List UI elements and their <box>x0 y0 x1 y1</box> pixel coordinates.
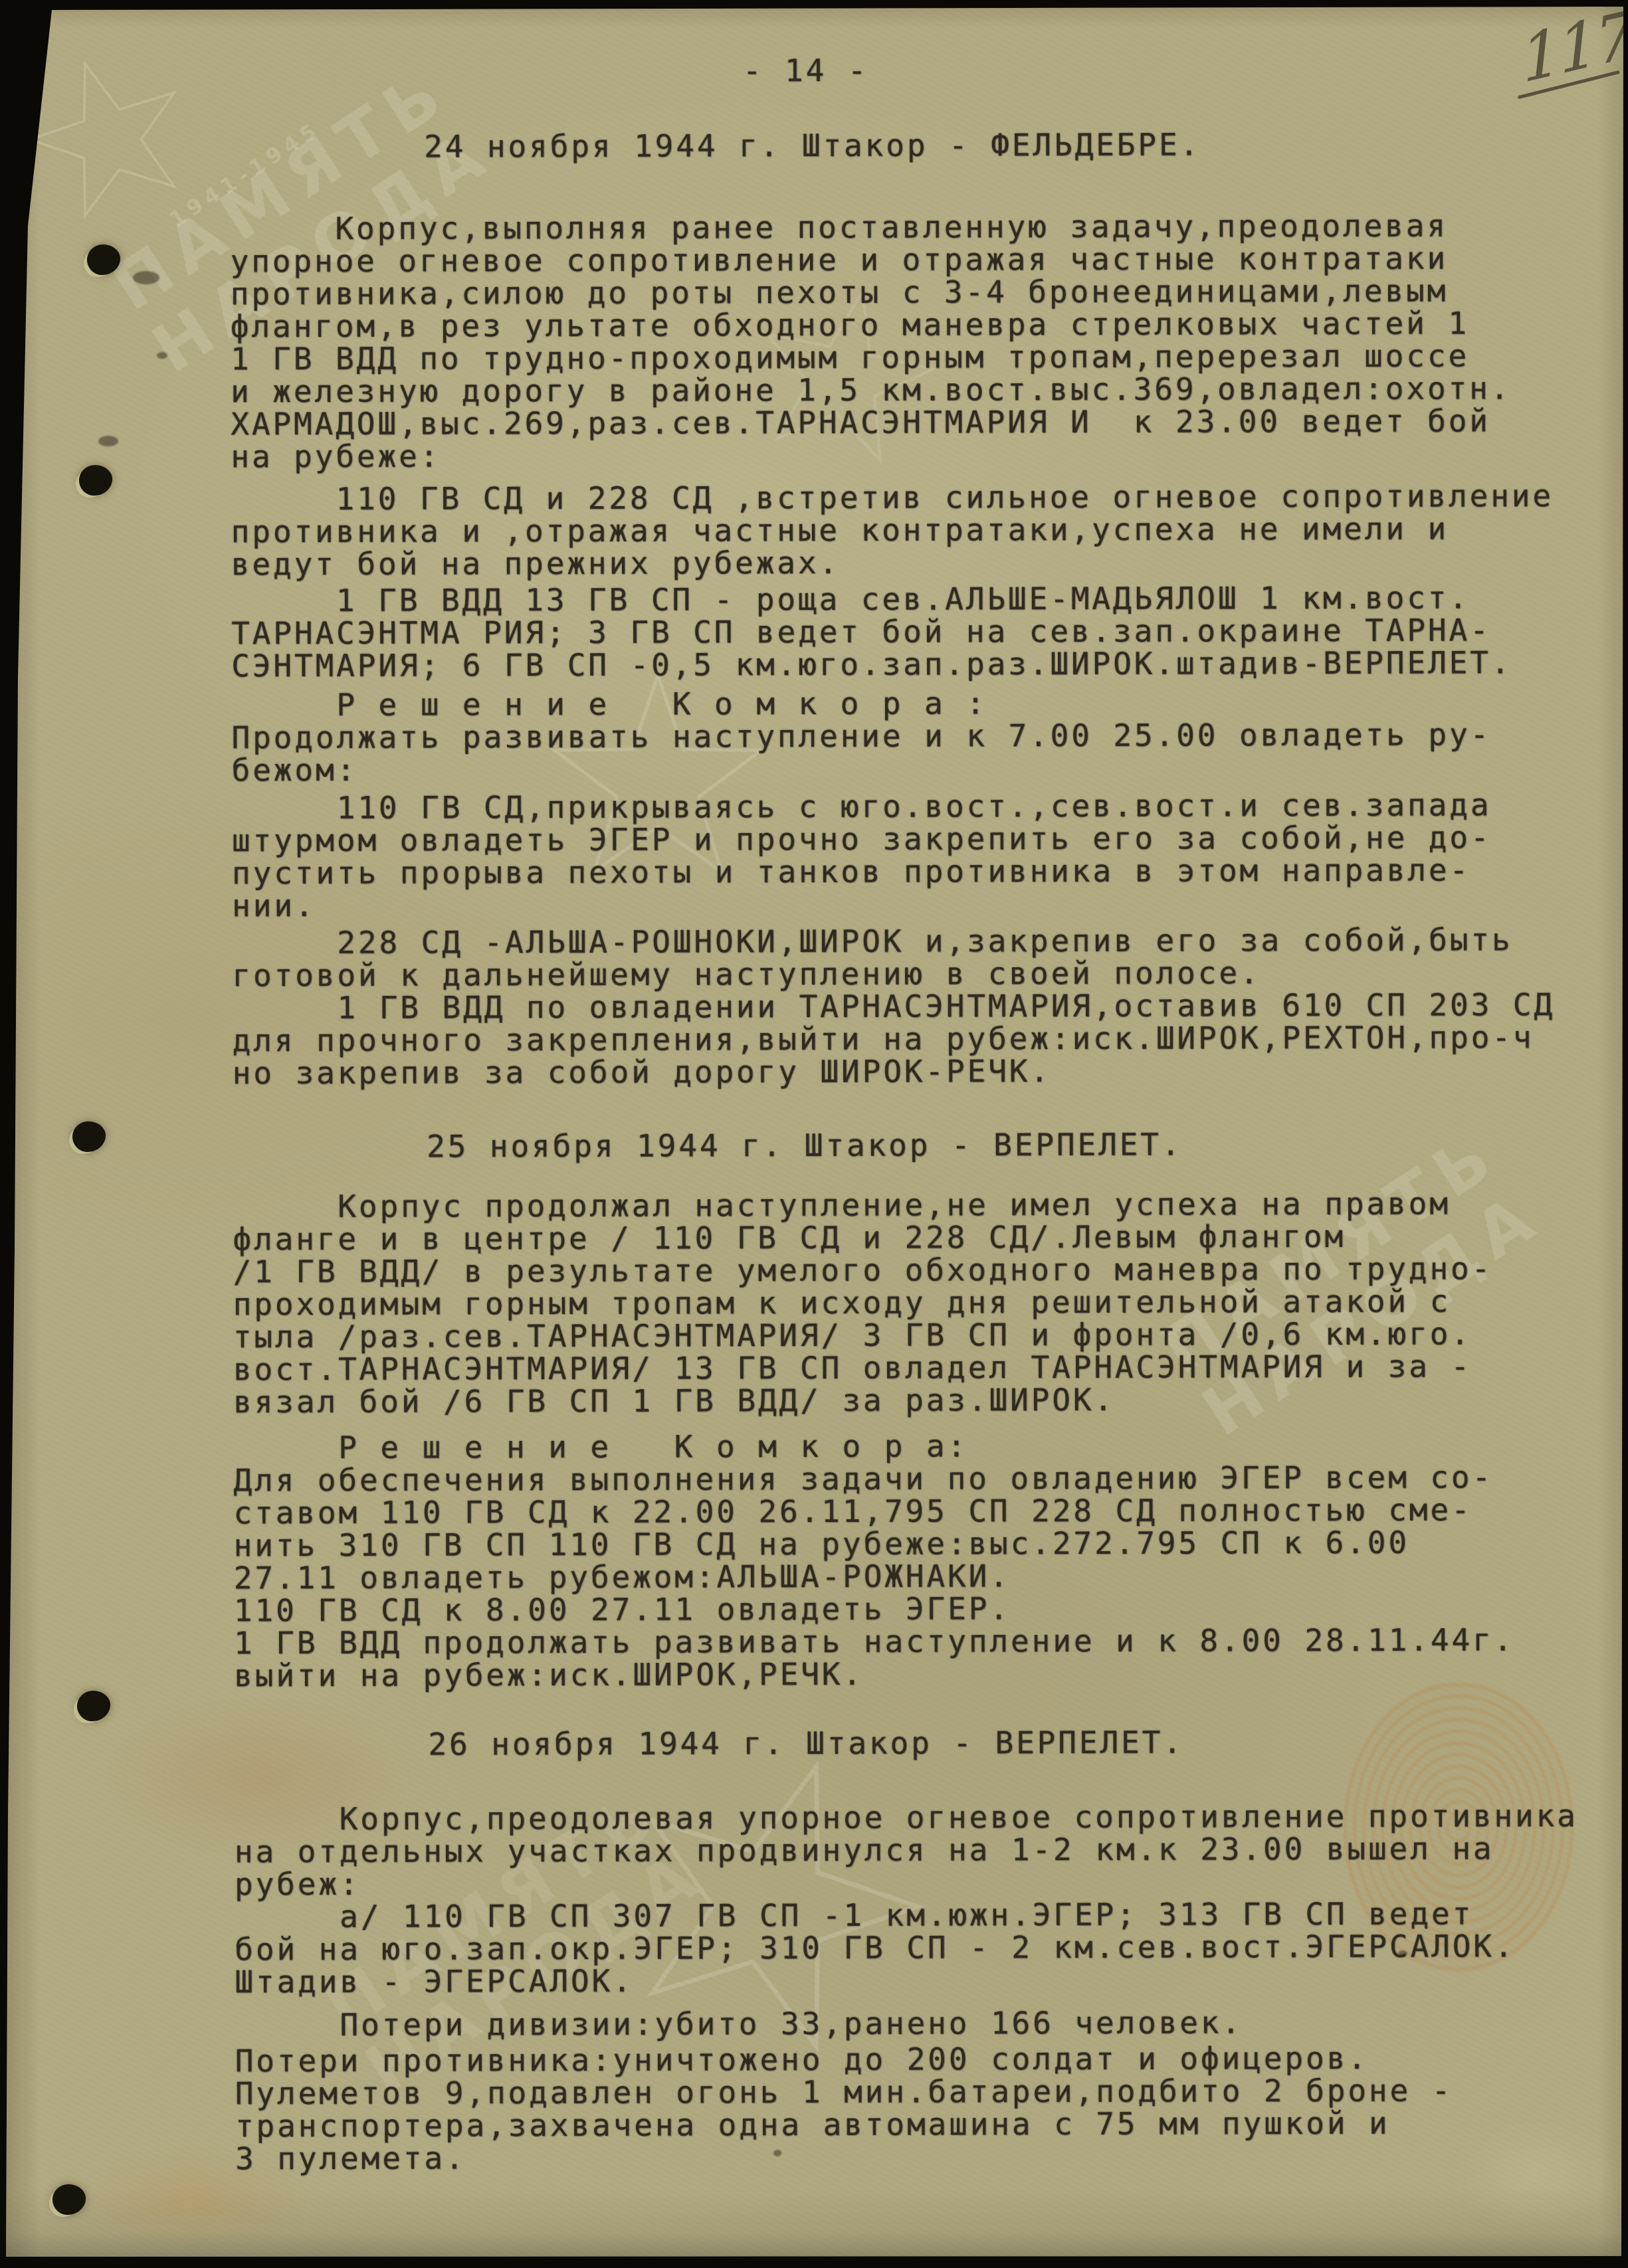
paper-sheet: 1941-1945 ПАМЯТЬНАРОДА ПАМЯТЬНАРОДА ПАМЯ… <box>0 0 1628 2268</box>
typed-paragraph: Р е ш е н и е К о м к о р а : Продолжать… <box>231 686 1491 787</box>
typed-paragraph: а/ 110 ГВ СП 307 ГВ СП -1 км.южн.ЭГЕР; 3… <box>235 1897 1516 1998</box>
typed-paragraph: Потери противника:уничтожено до 200 солд… <box>235 2041 1453 2175</box>
typed-paragraph: 110 ГВ СД и 228 СД ,встретив сильное огн… <box>231 480 1554 581</box>
section-heading: 24 ноября 1944 г. Штакор - ФЕЛЬДЕБРЕ. <box>424 128 1201 163</box>
typed-paragraph: Корпус,выполняя ранее поставленную задач… <box>230 209 1511 473</box>
typed-paragraph: 1 ГВ ВДД 13 ГВ СП - роща сев.АЛЬШЕ-МАДЬЯ… <box>231 581 1512 682</box>
typed-paragraph: Корпус продолжал наступление,не имел усп… <box>233 1187 1493 1418</box>
section-heading: 25 ноября 1944 г. Штакор - ВЕРПЕЛЕТ. <box>427 1129 1183 1163</box>
typed-paragraph: 228 СД -АЛЬША-РОШНОКИ,ШИРОК и,закрепив е… <box>232 923 1513 992</box>
document-text-layer: - 14 - 24 ноября 1944 г. Штакор - ФЕЛЬДЕ… <box>0 0 1628 2268</box>
typed-paragraph: 110 ГВ СД,прикрываясь с юго.вост.,сев.во… <box>232 789 1492 922</box>
typed-paragraph: Р е ш е н и е К о м к о р а: Для обеспеч… <box>233 1428 1514 1692</box>
page-number: - 14 - <box>743 54 869 87</box>
typed-paragraph: 1 ГВ ВДД по овладении ТАРНАСЭНТМАРИЯ,ост… <box>232 989 1555 1089</box>
scanned-archive-page: { "page": { "folio_number": "117", "page… <box>0 0 1628 2268</box>
typed-paragraph: Корпус,преодолевая упорное огневое сопро… <box>235 1800 1578 1901</box>
section-heading: 26 ноября 1944 г. Штакор - ВЕРПЕЛЕТ. <box>428 1727 1184 1761</box>
typed-paragraph: Потери дивизии:убито 33,ранено 166 челов… <box>235 2006 1243 2041</box>
